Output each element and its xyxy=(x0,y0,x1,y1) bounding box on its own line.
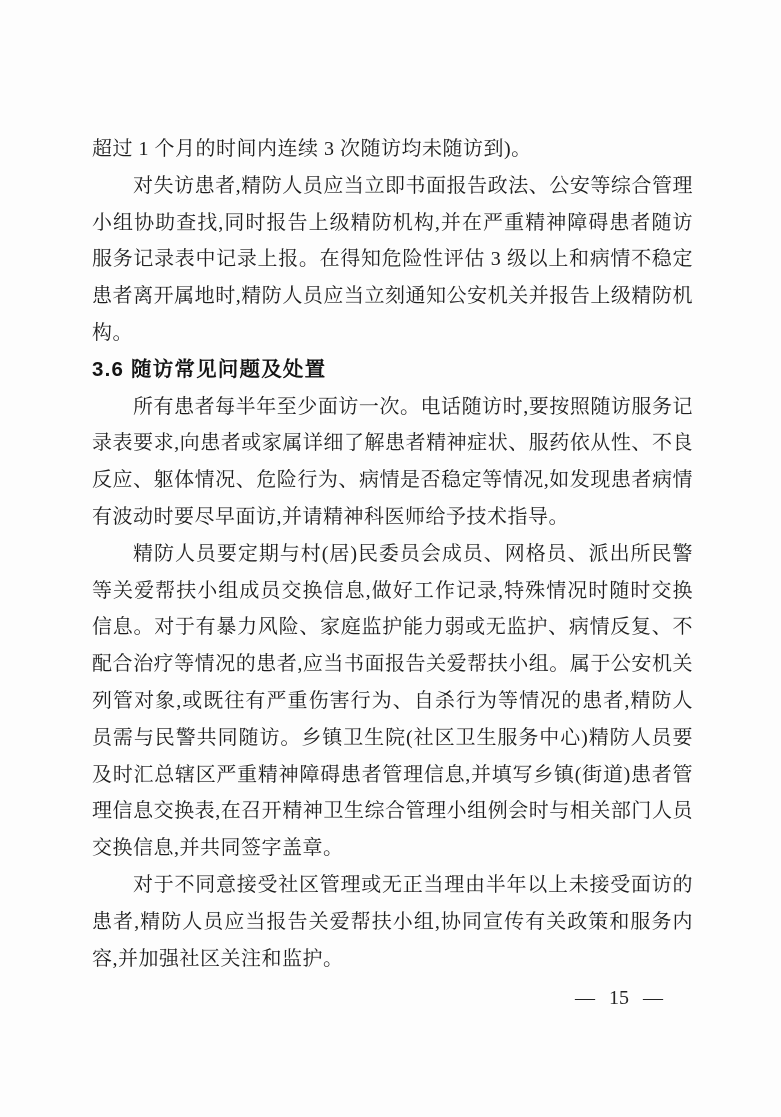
paragraph-continuation: 超过 1 个月的时间内连续 3 次随访均未随访到)。 xyxy=(92,131,693,168)
paragraph-refusal-management: 对于不同意接受社区管理或无正当理由半年以上未接受面访的患者,精防人员应当报告关爱… xyxy=(92,867,693,977)
paragraph-visit-requirements: 所有患者每半年至少面访一次。电话随访时,要按照随访服务记录表要求,向患者或家属详… xyxy=(92,389,693,536)
footer-dash-left: — xyxy=(575,983,595,1013)
document-page: 超过 1 个月的时间内连续 3 次随访均未随访到)。 对失访患者,精防人员应当立… xyxy=(0,0,781,1117)
page-footer: — 15 — xyxy=(575,983,663,1013)
page-number: 15 xyxy=(609,983,629,1013)
section-heading-3-6: 3.6 随访常见问题及处置 xyxy=(92,352,693,389)
paragraph-information-exchange: 精防人员要定期与村(居)民委员会成员、网格员、派出所民警等关爱帮扶小组成员交换信… xyxy=(92,536,693,867)
paragraph-lost-contact-patients: 对失访患者,精防人员应当立即书面报告政法、公安等综合管理小组协助查找,同时报告上… xyxy=(92,168,693,352)
footer-dash-right: — xyxy=(643,983,663,1013)
page-body: 超过 1 个月的时间内连续 3 次随访均未随访到)。 对失访患者,精防人员应当立… xyxy=(92,131,693,977)
